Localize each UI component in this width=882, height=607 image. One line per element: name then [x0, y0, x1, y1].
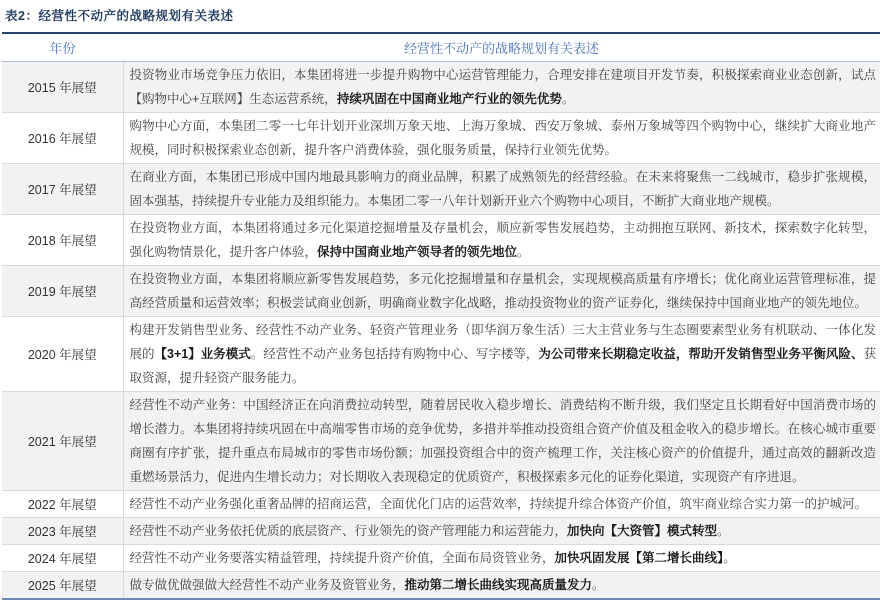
- statement-text: 。: [562, 92, 575, 106]
- year-cell: 2018 年展望: [2, 214, 123, 265]
- year-column-header: 年份: [2, 33, 123, 61]
- statement-bold-text: 推动第二增长曲线实现高质量发力: [405, 578, 593, 592]
- statement-column-header: 经营性不动产的战略规划有关表述: [123, 33, 880, 61]
- table-row: 2019 年展望在投资物业方面，本集团将顺应新零售发展趋势，多元化挖掘增量和存量…: [2, 265, 880, 316]
- year-cell: 2024 年展望: [2, 544, 123, 571]
- table-row: 2018 年展望在投资物业方面，本集团将通过多元化渠道挖掘增量及存量机会，顺应新…: [2, 214, 880, 265]
- statement-text: 。: [592, 578, 605, 592]
- statement-text: 做专做优做强做大经营性不动产业务及资管业务，: [130, 578, 405, 592]
- table-row: 2025 年展望做专做优做强做大经营性不动产业务及资管业务，推动第二增长曲线实现…: [2, 571, 880, 599]
- header-row: 年份 经营性不动产的战略规划有关表述: [2, 33, 880, 61]
- table-header: 年份 经营性不动产的战略规划有关表述: [2, 33, 880, 61]
- statement-text: 在投资物业方面，本集团将顺应新零售发展趋势，多元化挖掘增量和存量机会，实现规模高…: [130, 272, 877, 310]
- year-cell: 2017 年展望: [2, 163, 123, 214]
- statement-bold-text: 保持中国商业地产领导者的领先地位: [317, 245, 517, 259]
- table-row: 2015 年展望投资物业市场竞争压力依旧，本集团将进一步提升购物中心运营管理能力…: [2, 61, 880, 112]
- statement-bold-text: 持续巩固在中国商业地产行业的领先优势: [337, 92, 562, 106]
- table-row: 2023 年展望经营性不动产业务依托优质的底层资产、行业领先的资产管理能力和运营…: [2, 517, 880, 544]
- statement-cell: 构建开发销售型业务、经营性不动产业务、轻资产管理业务（即华润万象生活）三大主营业…: [123, 316, 880, 391]
- year-cell: 2019 年展望: [2, 265, 123, 316]
- statement-text: 经营性不动产业务依托优质的底层资产、行业领先的资产管理能力和运营能力，: [130, 524, 568, 538]
- statement-bold-text: 加快向【大资管】模式转型: [567, 524, 717, 538]
- statement-text: 。经营性不动产业务包括持有购物中心、写字楼等，: [251, 347, 539, 361]
- statement-cell: 经营性不动产业务依托优质的底层资产、行业领先的资产管理能力和运营能力，加快向【大…: [123, 517, 880, 544]
- statement-text: 经营性不动产业务：中国经济正在向消费拉动转型，随着居民收入稳步增长、消费结构不断…: [130, 398, 877, 484]
- statement-cell: 经营性不动产业务：中国经济正在向消费拉动转型，随着居民收入稳步增长、消费结构不断…: [123, 391, 880, 490]
- year-cell: 2022 年展望: [2, 490, 123, 517]
- year-cell: 2023 年展望: [2, 517, 123, 544]
- statement-cell: 在商业方面，本集团已形成中国内地最具影响力的商业品牌，积累了成熟领先的经营经验。…: [123, 163, 880, 214]
- year-cell: 2015 年展望: [2, 61, 123, 112]
- statement-text: 。: [717, 524, 730, 538]
- statement-text: 。: [723, 551, 736, 565]
- statement-cell: 投资物业市场竞争压力依旧，本集团将进一步提升购物中心运营管理能力，合理安排在建项…: [123, 61, 880, 112]
- statement-cell: 购物中心方面，本集团二零一七年计划开业深圳万象天地、上海万象城、西安万象城、泰州…: [123, 112, 880, 163]
- table-row: 2022 年展望经营性不动产业务强化重奢品牌的招商运营，全面优化门店的运营效率，…: [2, 490, 880, 517]
- statement-text: 在商业方面，本集团已形成中国内地最具影响力的商业品牌，积累了成熟领先的经营经验。…: [130, 170, 877, 208]
- statement-cell: 在投资物业方面，本集团将通过多元化渠道挖掘增量及存量机会，顺应新零售发展趋势，主…: [123, 214, 880, 265]
- statement-bold-text: 加快巩固发展【第二增长曲线】: [555, 551, 724, 565]
- table-row: 2017 年展望在商业方面，本集团已形成中国内地最具影响力的商业品牌，积累了成熟…: [2, 163, 880, 214]
- table-body: 2015 年展望投资物业市场竞争压力依旧，本集团将进一步提升购物中心运营管理能力…: [2, 61, 880, 599]
- statement-text: 购物中心方面，本集团二零一七年计划开业深圳万象天地、上海万象城、西安万象城、泰州…: [130, 119, 877, 157]
- table-row: 2016 年展望购物中心方面，本集团二零一七年计划开业深圳万象天地、上海万象城、…: [2, 112, 880, 163]
- year-cell: 2016 年展望: [2, 112, 123, 163]
- statement-bold-text: 【3+1】业务模式: [155, 347, 251, 361]
- statement-cell: 经营性不动产业务强化重奢品牌的招商运营，全面优化门店的运营效率，持续提升综合体资…: [123, 490, 880, 517]
- report-table-page: 表2：经营性不动产的战略规划有关表述 年份 经营性不动产的战略规划有关表述 20…: [0, 0, 882, 607]
- table-title: 表2：经营性不动产的战略规划有关表述: [2, 4, 880, 32]
- year-cell: 2021 年展望: [2, 391, 123, 490]
- statement-text: 经营性不动产业务强化重奢品牌的招商运营，全面优化门店的运营效率，持续提升综合体资…: [130, 497, 868, 511]
- statement-bold-text: 为公司带来长期稳定收益，帮助开发销售型业务平衡风险、: [538, 347, 863, 361]
- year-cell: 2020 年展望: [2, 316, 123, 391]
- statement-cell: 经营性不动产业务要落实精益管理，持续提升资产价值，全面布局资管业务，加快巩固发展…: [123, 544, 880, 571]
- strategy-table: 年份 经营性不动产的战略规划有关表述 2015 年展望投资物业市场竞争压力依旧，…: [2, 32, 880, 600]
- statement-text: 。: [517, 245, 530, 259]
- table-row: 2020 年展望构建开发销售型业务、经营性不动产业务、轻资产管理业务（即华润万象…: [2, 316, 880, 391]
- table-row: 2021 年展望经营性不动产业务：中国经济正在向消费拉动转型，随着居民收入稳步增…: [2, 391, 880, 490]
- statement-cell: 做专做优做强做大经营性不动产业务及资管业务，推动第二增长曲线实现高质量发力。: [123, 571, 880, 599]
- table-row: 2024 年展望经营性不动产业务要落实精益管理，持续提升资产价值，全面布局资管业…: [2, 544, 880, 571]
- statement-text: 经营性不动产业务要落实精益管理，持续提升资产价值，全面布局资管业务，: [130, 551, 555, 565]
- year-cell: 2025 年展望: [2, 571, 123, 599]
- statement-cell: 在投资物业方面，本集团将顺应新零售发展趋势，多元化挖掘增量和存量机会，实现规模高…: [123, 265, 880, 316]
